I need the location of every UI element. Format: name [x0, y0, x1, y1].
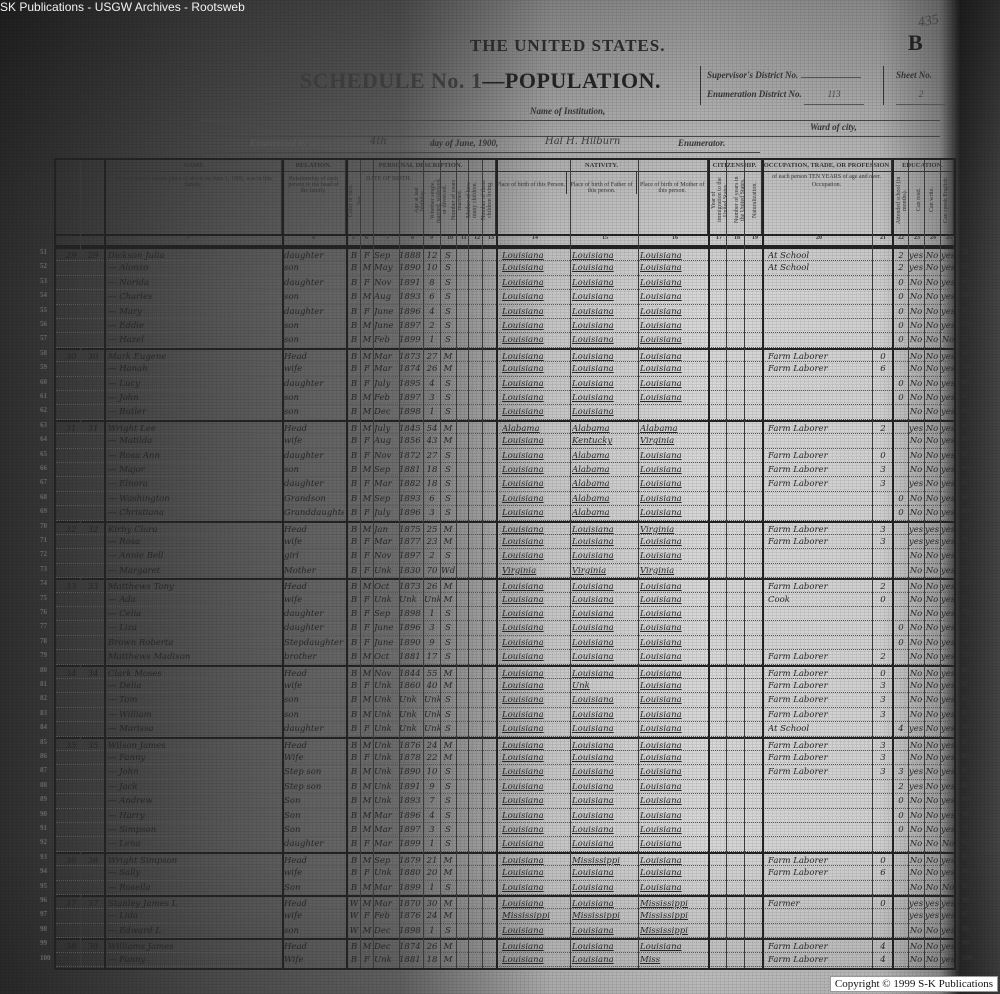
cell-occupation: [768, 780, 872, 793]
column-number: 13: [488, 235, 494, 241]
cell-age: 26: [424, 580, 440, 591]
cell-write: No: [924, 492, 940, 505]
cell-occupation: Farm Laborer: [768, 953, 872, 966]
cell-family: 37: [82, 897, 104, 908]
column-number: 6: [365, 235, 368, 241]
cell-b-father: Alabama: [572, 492, 638, 505]
cell-b-mother: Louisiana: [640, 823, 706, 836]
cell-read: No: [908, 463, 924, 476]
cell-b-person: Louisiana: [502, 580, 570, 591]
enumerator-name: Hal H. Hilburn: [545, 136, 620, 147]
cell-year: 1893: [399, 290, 423, 303]
line-number-right: 70: [962, 522, 969, 530]
cell-read: No: [908, 940, 924, 951]
cell-occupation: [768, 549, 872, 562]
cell-year: 1881: [399, 650, 423, 663]
column-number: 25: [946, 235, 952, 241]
cell-b-mother: Louisiana: [640, 780, 706, 793]
cell-b-person: Louisiana: [502, 650, 570, 663]
cell-month: Feb: [374, 333, 398, 346]
cell-dwelling: [60, 319, 82, 332]
cell-name: — John: [108, 765, 280, 778]
cell-year: 1873: [399, 350, 423, 361]
population-title: —POPULATION.: [482, 68, 661, 93]
line-number-left: 74: [40, 579, 47, 587]
cell-months: 6: [876, 866, 890, 879]
cell-write: No: [924, 881, 940, 894]
cell-b-father: Louisiana: [572, 333, 638, 346]
cell-b-mother: Louisiana: [640, 866, 706, 879]
cell-dwelling: [60, 809, 82, 822]
cell-relation: Son: [284, 794, 344, 807]
cell-marital: M: [441, 909, 455, 922]
cell-b-mother: [640, 405, 706, 418]
cell-year: 1893: [399, 794, 423, 807]
cell-school: 2: [894, 780, 908, 793]
cell-sex: M: [361, 319, 373, 332]
cell-year: Unk: [399, 593, 423, 606]
cell-sex: F: [361, 751, 373, 764]
cell-b-father: Louisiana: [572, 837, 638, 850]
cell-family: [82, 449, 104, 462]
cell-color: B: [348, 305, 360, 318]
cell-occupation: Farm Laborer: [768, 739, 872, 750]
cell-relation: Mother: [284, 564, 344, 577]
cell-marital: S: [441, 809, 455, 822]
cell-family: [82, 535, 104, 548]
cell-name: Dickson Julia: [108, 249, 280, 260]
line-number-right: 76: [962, 608, 969, 616]
cell-month: Unk: [374, 780, 398, 793]
line-number-right: 94: [962, 867, 969, 875]
cell-b-father: Unk: [572, 679, 638, 692]
cell-months: [876, 434, 890, 447]
cell-dwelling: [60, 549, 82, 562]
cell-color: B: [348, 477, 360, 490]
ward-line: Ward of city,: [200, 120, 940, 137]
line-number-left: 98: [40, 925, 47, 933]
cell-school: [894, 593, 908, 606]
line-number-left: 97: [40, 910, 47, 918]
cell-write: No: [924, 405, 940, 418]
cell-marital: S: [441, 377, 455, 390]
cell-name: — William: [108, 708, 280, 721]
line-number-right: 82: [962, 694, 969, 702]
enumerated-line: Enumerated by me on the 4th day of June,…: [200, 136, 760, 153]
enumerated-day: 4th: [370, 136, 387, 147]
line-number-left: 55: [40, 306, 47, 314]
cell-month: Mar: [374, 477, 398, 490]
cell-relation: Wife: [284, 953, 344, 966]
cell-read: yes: [908, 722, 924, 735]
cell-marital: S: [441, 391, 455, 404]
line-number-right: 92: [962, 838, 969, 846]
cell-month: Unk: [374, 953, 398, 966]
cell-b-person: Louisiana: [502, 794, 570, 807]
cell-school: 2: [894, 261, 908, 274]
cell-b-father: Louisiana: [572, 319, 638, 332]
cell-school: [894, 693, 908, 706]
cell-dwelling: [60, 535, 82, 548]
form-title: SCHEDULE No. 1—POPULATION.: [300, 68, 661, 94]
cell-b-father: Louisiana: [572, 866, 638, 879]
cell-year: 1888: [399, 249, 423, 260]
cell-occupation: At School: [768, 249, 872, 260]
cell-read: yes: [908, 897, 924, 908]
cell-family: 38: [82, 940, 104, 951]
cell-color: B: [348, 765, 360, 778]
table-row: — CharlessonBMAug18936SLouisianaLouisian…: [56, 290, 954, 304]
cell-year: 1870: [399, 897, 423, 908]
cell-dwelling: [60, 837, 82, 850]
cell-school: 4: [894, 722, 908, 735]
cell-dwelling: [60, 780, 82, 793]
cell-dwelling: [60, 909, 82, 922]
cell-month: Mar: [374, 823, 398, 836]
cell-name: Stanley James L: [108, 897, 280, 908]
cell-family: [82, 276, 104, 289]
cell-b-person: Virginia: [502, 564, 570, 577]
cell-occupation: [768, 492, 872, 505]
line-number-left: 67: [40, 478, 47, 486]
cell-b-father: Alabama: [572, 477, 638, 490]
cell-month: Nov: [374, 549, 398, 562]
cell-write: yes: [924, 909, 940, 922]
cell-name: — Eddie: [108, 319, 280, 332]
cell-color: B: [348, 463, 360, 476]
cell-name: — Mary: [108, 305, 280, 318]
cell-year: Unk: [399, 693, 423, 706]
cell-write: No: [924, 924, 940, 937]
column-divider: [373, 160, 374, 968]
cell-month: June: [374, 319, 398, 332]
line-number-left: 68: [40, 493, 47, 501]
cell-year: 1897: [399, 549, 423, 562]
cell-family: [82, 765, 104, 778]
line-number-right: 87: [962, 766, 969, 774]
line-number-right: 81: [962, 680, 969, 688]
cell-marital: S: [441, 881, 455, 894]
cell-b-person: Louisiana: [502, 290, 570, 303]
cell-color: B: [348, 809, 360, 822]
cell-read: No: [908, 333, 924, 346]
cell-read: No: [908, 866, 924, 879]
line-number-right: 60: [962, 378, 969, 386]
cell-sex: F: [361, 535, 373, 548]
cell-dwelling: [60, 823, 82, 836]
cell-year: 1899: [399, 881, 423, 894]
cell-relation: Step son: [284, 765, 344, 778]
line-number-left: 82: [40, 694, 47, 702]
supervisor-district: Supervisor's District No.: [707, 66, 877, 85]
cell-name: Wright Lee: [108, 422, 280, 433]
cell-dwelling: 33: [60, 580, 82, 591]
cell-b-mother: Louisiana: [640, 636, 706, 649]
cell-marital: M: [441, 434, 455, 447]
line-number-left: 56: [40, 320, 47, 328]
cell-year: 1899: [399, 333, 423, 346]
column-divider: [892, 160, 894, 968]
column-number: 14: [532, 235, 538, 241]
cell-year: 1897: [399, 391, 423, 404]
line-number-right: 72: [962, 550, 969, 558]
cell-name: — Annie Bell: [108, 549, 280, 562]
cell-b-father: Louisiana: [572, 580, 638, 591]
cell-month: Unk: [374, 866, 398, 879]
cell-name: Brown Roberta: [108, 636, 280, 649]
cell-b-mother: Louisiana: [640, 362, 706, 375]
cell-relation: daughter: [284, 305, 344, 318]
sheet-number: Sheet No. 2: [896, 66, 946, 105]
cell-b-mother: Louisiana: [640, 679, 706, 692]
cell-b-mother: Louisiana: [640, 276, 706, 289]
cell-b-mother: Louisiana: [640, 751, 706, 764]
cell-name: — Washington: [108, 492, 280, 505]
cell-occupation: Farm Laborer: [768, 422, 872, 433]
cell-occupation: Farm Laborer: [768, 854, 872, 865]
cell-write: No: [924, 434, 940, 447]
cell-dwelling: [60, 261, 82, 274]
table-row: 3131Wright LeeHeadBMJuly184554MAlabamaAl…: [56, 420, 954, 434]
cell-write: No: [924, 866, 940, 879]
cell-year: 1878: [399, 751, 423, 764]
cell-sex: M: [361, 854, 373, 865]
table-row: Brown RobertaStepdaughterBFJune18909SLou…: [56, 636, 954, 650]
cell-sex: F: [361, 549, 373, 562]
cell-age: 54: [424, 422, 440, 433]
cell-occupation: [768, 391, 872, 404]
cell-write: No: [924, 593, 940, 606]
cell-color: B: [348, 564, 360, 577]
cell-age: 3: [424, 621, 440, 634]
cell-age: Unk: [424, 693, 440, 706]
cell-name: — Sally: [108, 866, 280, 879]
cell-age: 24: [424, 909, 440, 922]
cell-family: [82, 881, 104, 894]
cell-b-father: Louisiana: [572, 765, 638, 778]
table-row: — EddiesonBMJune18972SLouisianaLouisiana…: [56, 319, 954, 333]
cell-relation: Head: [284, 854, 344, 865]
column-number: 8: [411, 235, 414, 241]
cell-marital: M: [441, 667, 455, 678]
cell-b-person: Louisiana: [502, 897, 570, 908]
cell-b-person: Louisiana: [502, 679, 570, 692]
cell-year: 1891: [399, 780, 423, 793]
table-row: — MajorsonBMSep188118SLouisianaAlabamaLo…: [56, 463, 954, 477]
cell-color: B: [348, 593, 360, 606]
cell-occupation: [768, 319, 872, 332]
cell-months: [876, 636, 890, 649]
cell-months: [876, 249, 890, 260]
cell-dwelling: [60, 506, 82, 519]
cell-dwelling: [60, 391, 82, 404]
cell-b-father: Louisiana: [572, 405, 638, 418]
cell-family: [82, 866, 104, 879]
cell-month: Nov: [374, 449, 398, 462]
cell-age: 27: [424, 449, 440, 462]
cell-marital: S: [441, 794, 455, 807]
cell-months: [876, 333, 890, 346]
cell-write: No: [924, 708, 940, 721]
cell-name: Williams James: [108, 940, 280, 951]
cell-sex: M: [361, 350, 373, 361]
cell-family: [82, 492, 104, 505]
cell-month: Jan: [374, 523, 398, 534]
form-title-top: THE UNITED STATES.: [470, 36, 665, 56]
cell-b-person: Louisiana: [502, 477, 570, 490]
table-row: — AdawifeBFUnkUnkUnkMLouisianaLouisianaL…: [56, 593, 954, 607]
column-number: 20: [816, 235, 822, 241]
cell-name: — Fanny: [108, 953, 280, 966]
table-row: 3333Matthews TonyHeadBMOct187326MLouisia…: [56, 578, 954, 592]
cell-relation: wife: [284, 679, 344, 692]
cell-months: [876, 780, 890, 793]
cell-family: 35: [82, 739, 104, 750]
cell-months: [876, 506, 890, 519]
cell-name: — Major: [108, 463, 280, 476]
cell-b-mother: Louisiana: [640, 650, 706, 663]
census-table: NAMEof each person whose place of abode …: [54, 158, 956, 970]
cell-occupation: [768, 607, 872, 620]
cell-months: 3: [876, 708, 890, 721]
cell-name: — Delia: [108, 679, 280, 692]
cell-b-father: Louisiana: [572, 607, 638, 620]
cell-year: 1895: [399, 377, 423, 390]
cell-b-father: Louisiana: [572, 722, 638, 735]
cell-read: No: [908, 506, 924, 519]
cell-family: [82, 636, 104, 649]
cell-sex: F: [361, 593, 373, 606]
cell-marital: S: [441, 319, 455, 332]
cell-name: — Matilda: [108, 434, 280, 447]
column-divider: [762, 160, 764, 968]
cell-month: Mar: [374, 809, 398, 822]
line-number-right: 84: [962, 723, 969, 731]
cell-year: 1879: [399, 854, 423, 865]
cell-month: Dec: [374, 940, 398, 951]
cell-b-father: Louisiana: [572, 549, 638, 562]
cell-sex: M: [361, 650, 373, 663]
cell-color: B: [348, 319, 360, 332]
column-divider: [638, 160, 639, 968]
cell-family: 34: [82, 667, 104, 678]
cell-relation: son: [284, 333, 344, 346]
cell-write: yes: [924, 897, 940, 908]
cell-b-father: Louisiana: [572, 953, 638, 966]
cell-b-mother: Louisiana: [640, 305, 706, 318]
cell-month: Sep: [374, 854, 398, 865]
copyright-notice: Copyright © 1999 S-K Publications: [830, 976, 998, 992]
line-number-right: 100: [962, 954, 973, 962]
cell-school: [894, 477, 908, 490]
cell-family: [82, 693, 104, 706]
table-row: — ButlersonBMDec18981SLouisianaLouisiana…: [56, 405, 954, 419]
cell-month: Nov: [374, 276, 398, 289]
cell-year: 1874: [399, 940, 423, 951]
cell-read: No: [908, 739, 924, 750]
table-row: — ElnoradaughterBFMar188218SLouisianaAla…: [56, 477, 954, 491]
cell-write: No: [924, 621, 940, 634]
cell-occupation: [768, 621, 872, 634]
cell-months: [876, 794, 890, 807]
line-number-left: 86: [40, 752, 47, 760]
cell-relation: Head: [284, 580, 344, 591]
cell-age: 2: [424, 549, 440, 562]
cell-b-father: Louisiana: [572, 261, 638, 274]
line-number-right: 64: [962, 435, 969, 443]
cell-year: Unk: [399, 722, 423, 735]
line-number-left: 85: [40, 738, 47, 746]
cell-months: 0: [876, 897, 890, 908]
table-row: — SimpsonSonBMMar18973SLouisianaLouisian…: [56, 823, 954, 837]
cell-family: [82, 924, 104, 937]
cell-write: No: [924, 636, 940, 649]
line-number-right: 93: [962, 853, 969, 861]
cell-school: 0: [894, 794, 908, 807]
cell-b-father: Louisiana: [572, 249, 638, 260]
cell-age: 40: [424, 679, 440, 692]
cell-months: 0: [876, 854, 890, 865]
cell-write: No: [924, 333, 940, 346]
cell-write: No: [924, 350, 940, 361]
cell-sex: F: [361, 377, 373, 390]
cell-b-father: Louisiana: [572, 809, 638, 822]
cell-write: No: [924, 391, 940, 404]
cell-b-father: Louisiana: [572, 708, 638, 721]
cell-b-mother: Virginia: [640, 434, 706, 447]
cell-month: Unk: [374, 751, 398, 764]
cell-month: Mar: [374, 897, 398, 908]
line-number-left: 61: [40, 392, 47, 400]
cell-family: [82, 405, 104, 418]
cell-b-father: Louisiana: [572, 377, 638, 390]
cell-dwelling: [60, 794, 82, 807]
cell-marital: S: [441, 823, 455, 836]
cell-sex: F: [361, 305, 373, 318]
cell-month: Oct: [374, 650, 398, 663]
cell-color: B: [348, 261, 360, 274]
cell-month: Mar: [374, 362, 398, 375]
cell-marital: S: [441, 722, 455, 735]
cell-months: [876, 391, 890, 404]
cell-name: — Norida: [108, 276, 280, 289]
cell-marital: S: [441, 693, 455, 706]
cell-read: No: [908, 350, 924, 361]
cell-marital: S: [441, 463, 455, 476]
table-row: 3434Clark MosesHeadBMNov184455MLouisiana…: [56, 665, 954, 679]
cell-color: B: [348, 679, 360, 692]
cell-age: 24: [424, 739, 440, 750]
line-number-right: 63: [962, 421, 969, 429]
cell-months: 4: [876, 953, 890, 966]
cell-dwelling: [60, 607, 82, 620]
cell-family: 31: [82, 422, 104, 433]
cell-name: — Rosella: [108, 881, 280, 894]
table-row: — AlonzosonBMMay189010SLouisianaLouisian…: [56, 261, 954, 275]
line-number-right: 69: [962, 507, 969, 515]
cell-occupation: Farmer: [768, 897, 872, 908]
cell-dwelling: [60, 924, 82, 937]
cell-b-mother: Louisiana: [640, 463, 706, 476]
line-number-left: 73: [40, 565, 47, 573]
cell-occupation: [768, 823, 872, 836]
cell-occupation: Farm Laborer: [768, 362, 872, 375]
cell-marital: S: [441, 650, 455, 663]
line-number-left: 51: [40, 248, 47, 256]
watermark-text: SK Publications - USGW Archives - Rootsw…: [0, 0, 245, 14]
cell-family: [82, 391, 104, 404]
cell-b-person: Mississippi: [502, 909, 570, 922]
